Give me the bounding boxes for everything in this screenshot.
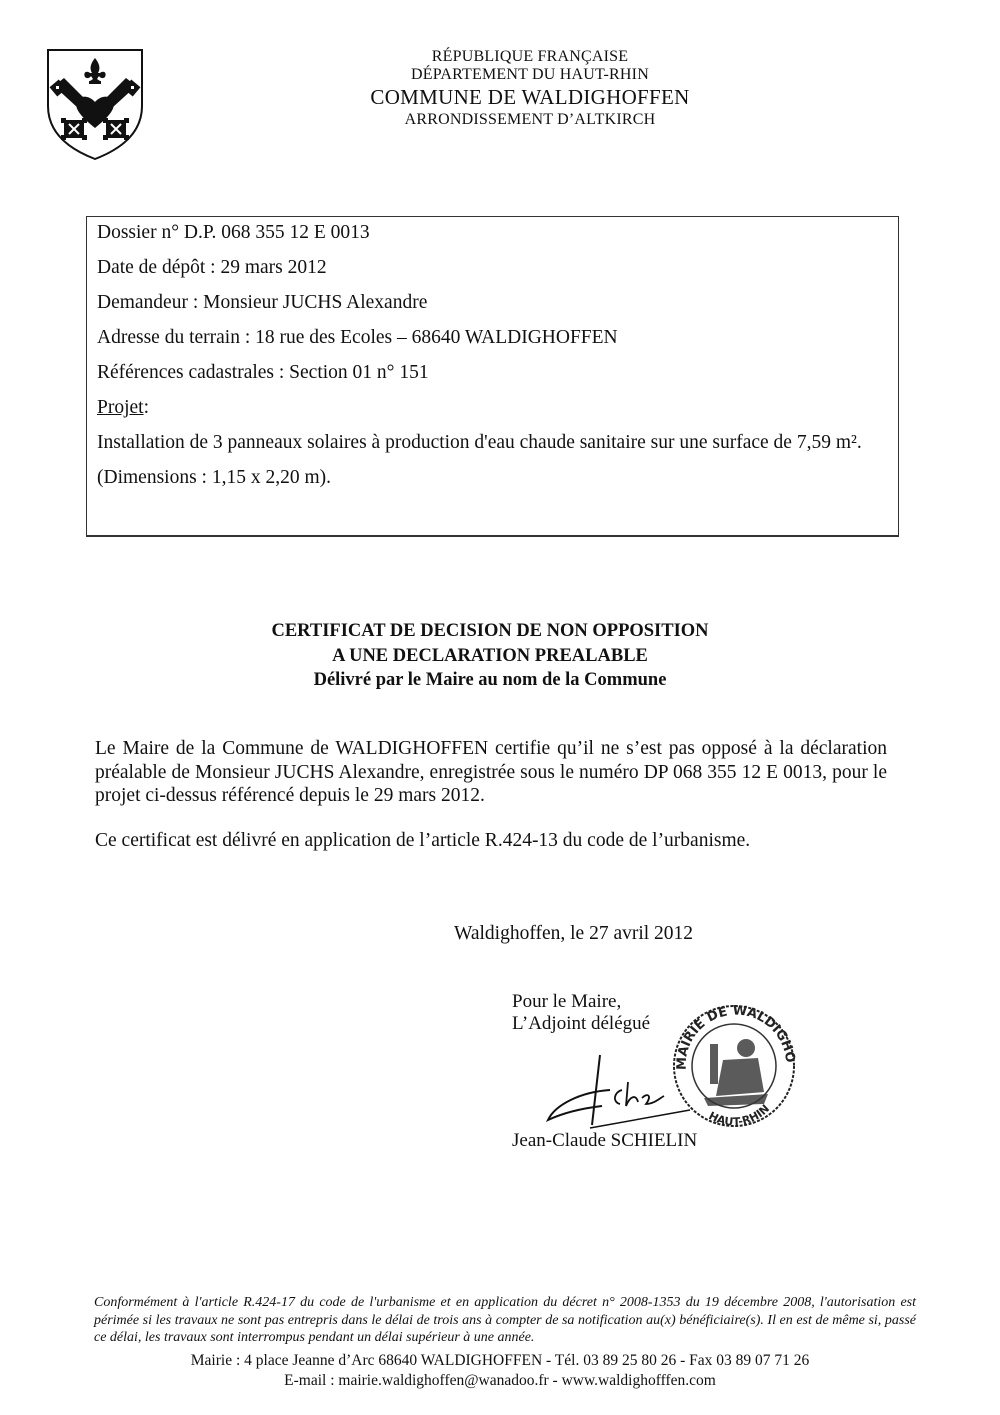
project-description: Installation de 3 panneaux solaires à pr… (97, 432, 862, 454)
header-commune: COMMUNE DE WALDIGHOFFEN (180, 85, 880, 110)
project-label: Projet : (97, 397, 149, 419)
signatory-for-mayor: Pour le Maire, (512, 991, 621, 1013)
official-stamp-icon: MAIRIE DE WALDIGHOFFEN HAUT-RHIN (668, 1000, 798, 1130)
coat-of-arms-icon (44, 46, 146, 162)
place-and-date: Waldighoffen, le 27 avril 2012 (454, 923, 693, 945)
signatory-role: L’Adjoint délégué (512, 1013, 650, 1035)
deposit-date: Date de dépôt : 29 mars 2012 (97, 257, 327, 279)
project-label-colon: : (144, 397, 149, 419)
legal-notice: Conformément à l'article R.424-17 du cod… (94, 1294, 916, 1347)
town-hall-email-web: E-mail : mairie.waldighoffen@wanadoo.fr … (0, 1372, 1000, 1390)
certificate-subtitle: Délivré par le Maire au nom de la Commun… (0, 670, 990, 691)
project-dimensions: (Dimensions : 1,15 x 2,20 m). (97, 467, 331, 489)
certification-paragraph: Le Maire de la Commune de WALDIGHOFFEN c… (95, 737, 887, 808)
header-arrondissement: ARRONDISSEMENT D’ALTKIRCH (180, 111, 880, 129)
project-label-text: Projet (97, 397, 144, 418)
certificate-title-line1: CERTIFICAT DE DECISION DE NON OPPOSITION (0, 621, 990, 642)
town-hall-contact: Mairie : 4 place Jeanne d’Arc 68640 WALD… (0, 1352, 1000, 1370)
applicant: Demandeur : Monsieur JUCHS Alexandre (97, 292, 427, 314)
certificate-title-line2: A UNE DECLARATION PREALABLE (0, 646, 990, 667)
dossier-number: Dossier n° D.P. 068 355 12 E 0013 (97, 222, 370, 244)
header-republique: RÉPUBLIQUE FRANÇAISE (180, 48, 880, 66)
land-address: Adresse du terrain : 18 rue des Ecoles –… (97, 327, 618, 349)
dossier-info-box: Dossier n° D.P. 068 355 12 E 0013 Date d… (86, 216, 899, 537)
legal-basis-paragraph: Ce certificat est délivré en application… (95, 829, 887, 853)
svg-text:HAUT-RHIN: HAUT-RHIN (706, 1102, 772, 1129)
header-departement: DÉPARTEMENT DU HAUT-RHIN (180, 66, 880, 84)
signatory-name: Jean-Claude SCHIELIN (512, 1130, 697, 1152)
cadastral-references: Références cadastrales : Section 01 n° 1… (97, 362, 429, 384)
